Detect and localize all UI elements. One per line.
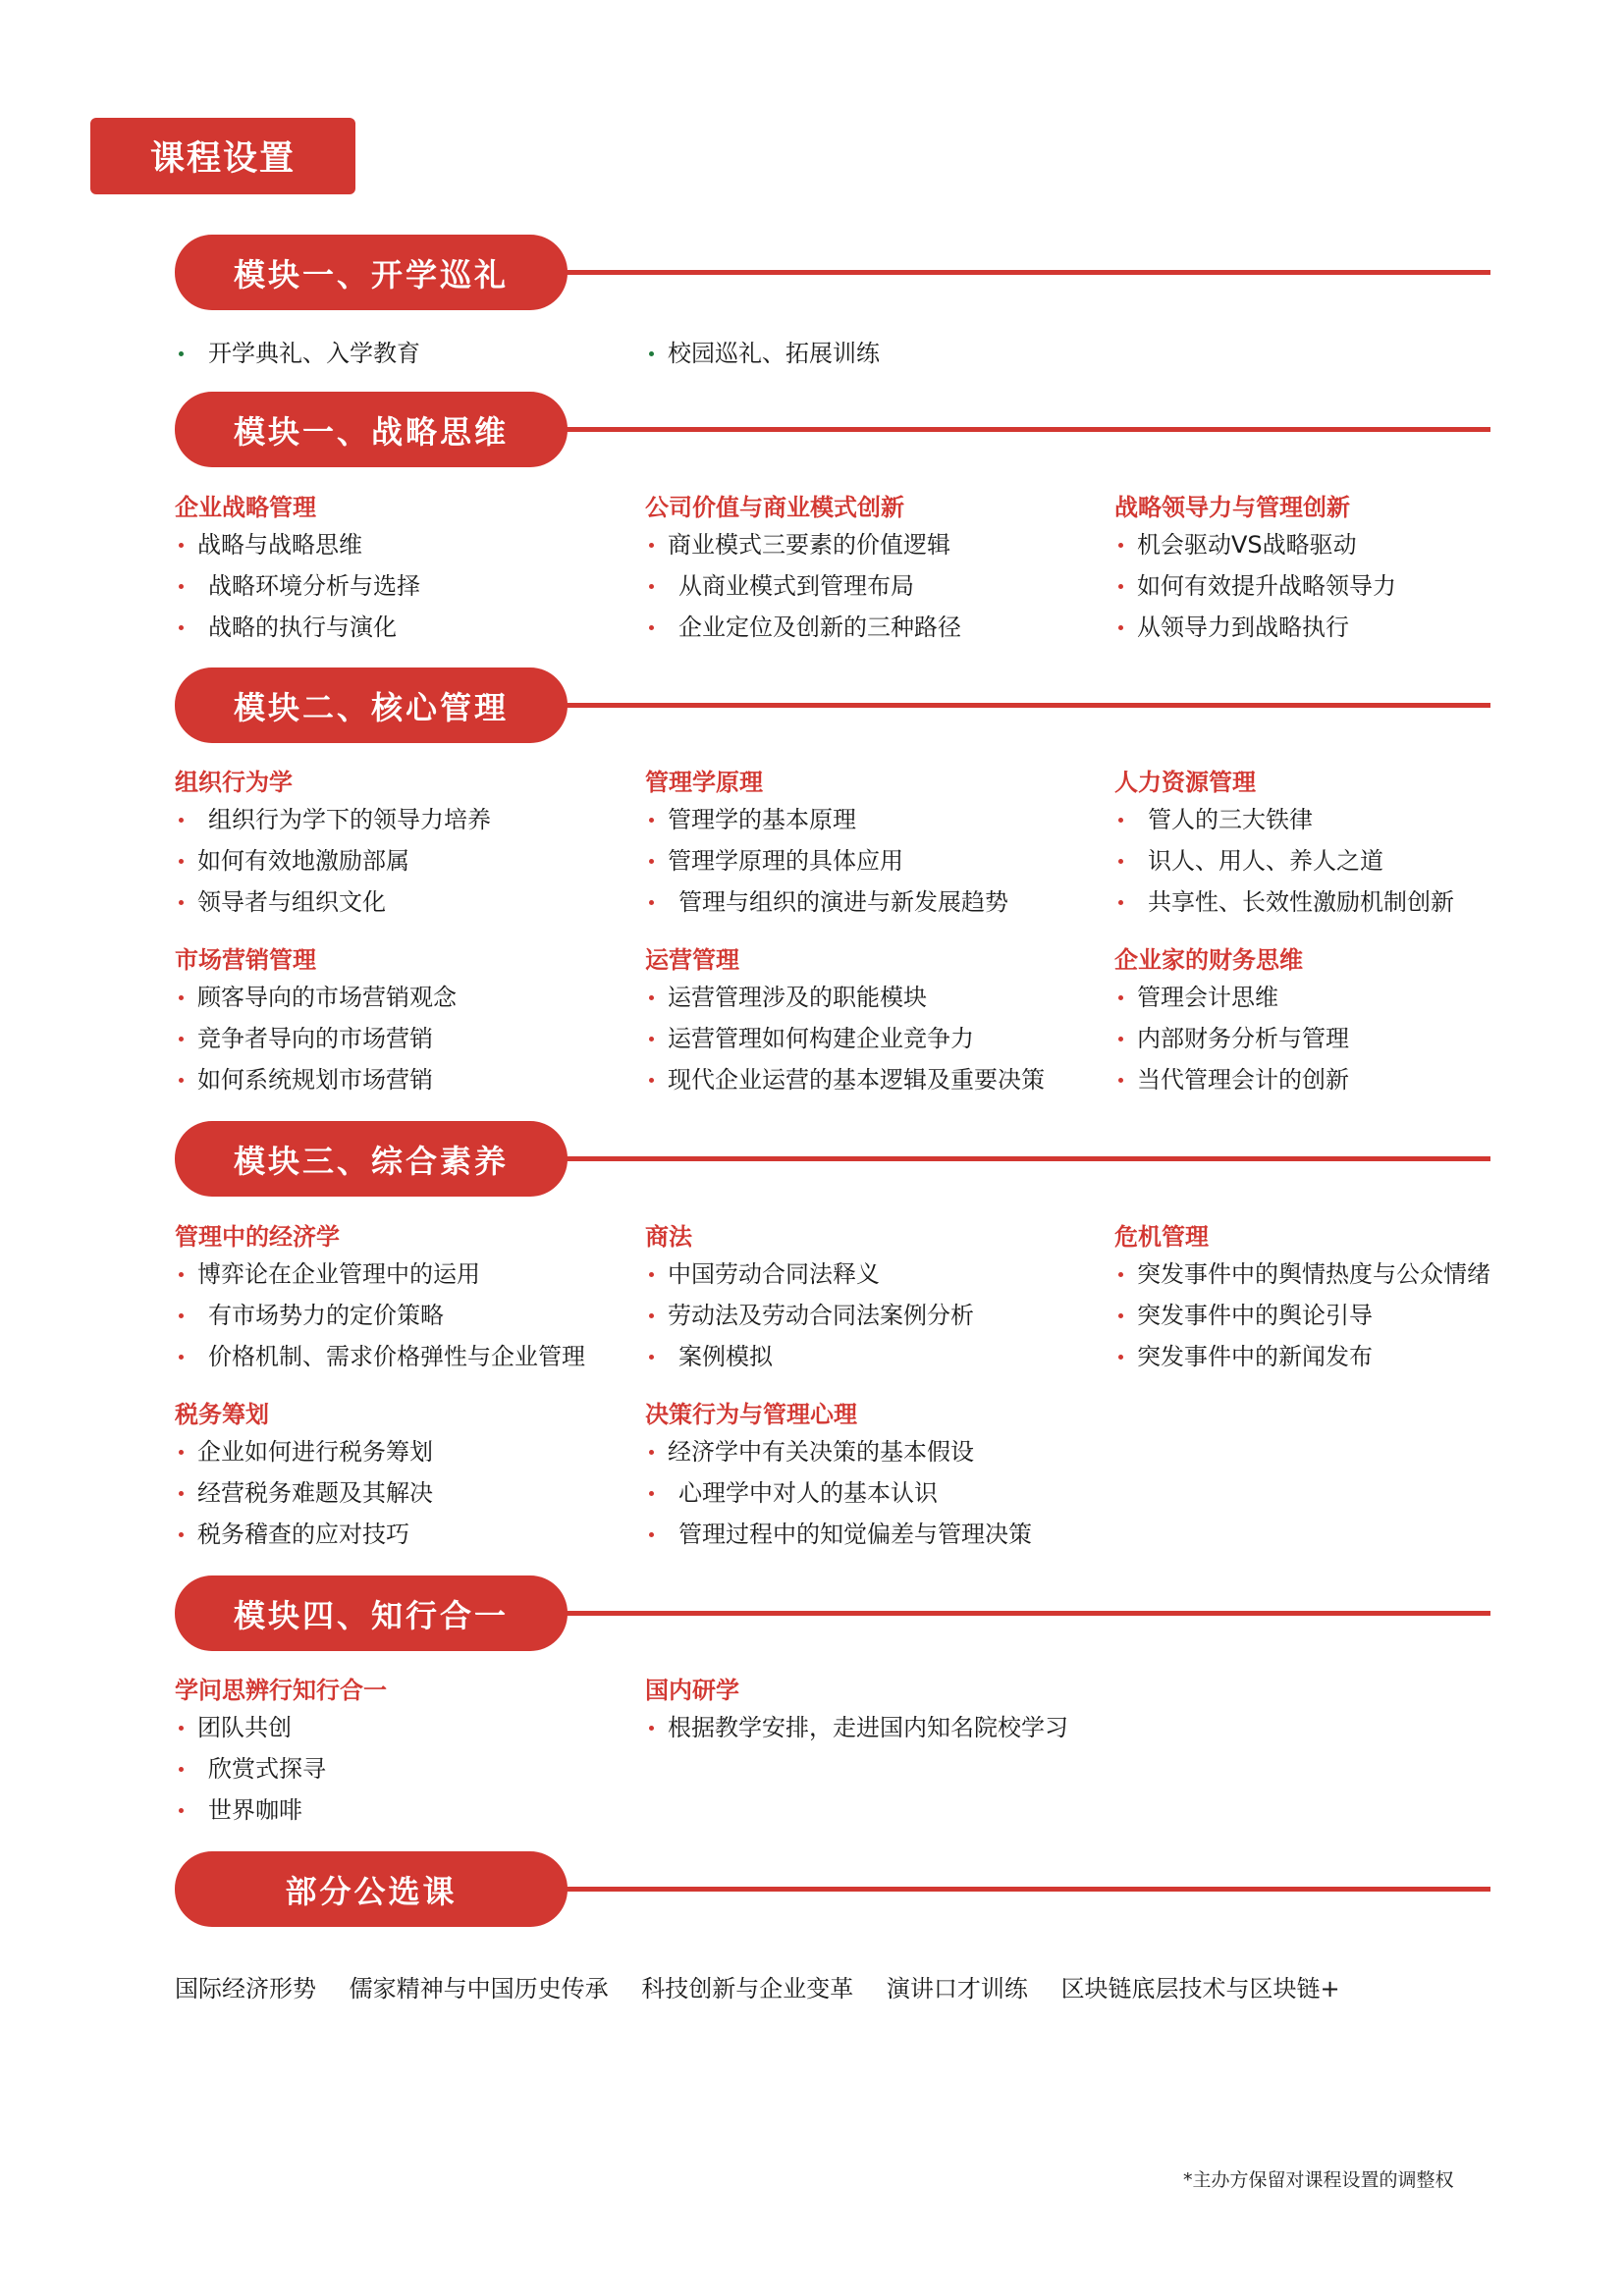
list-item: 现代企业运营的基本逻辑及重要决策 bbox=[645, 1059, 1045, 1100]
group-heading: 企业战略管理 bbox=[175, 491, 420, 524]
list-item: 管理学原理的具体应用 bbox=[645, 840, 1008, 881]
list-item: 战略与战略思维 bbox=[175, 524, 420, 565]
bullet-icon bbox=[649, 584, 654, 589]
module-pill: 模块三、综合素养 bbox=[175, 1121, 568, 1197]
bullet-icon bbox=[179, 543, 184, 548]
course-group: 商法 中国劳动合同法释义 劳动法及劳动合同法案例分析 案例模拟 bbox=[645, 1220, 974, 1377]
module-pill: 模块一、战略思维 bbox=[175, 392, 568, 467]
bullet-icon bbox=[1118, 625, 1123, 630]
footnote: *主办方保留对课程设置的调整权 bbox=[1183, 2167, 1454, 2193]
course-group: 企业战略管理 战略与战略思维 战略环境分析与选择 战略的执行与演化 bbox=[175, 491, 420, 648]
list-item: 如何有效地激励部属 bbox=[175, 840, 491, 881]
list-item: 劳动法及劳动合同法案例分析 bbox=[645, 1295, 974, 1336]
bullet-icon bbox=[179, 1078, 184, 1083]
course-group: 企业家的财务思维 管理会计思维 内部财务分析与管理 当代管理会计的创新 bbox=[1114, 943, 1349, 1100]
elective-item: 儒家精神与中国历史传承 bbox=[350, 1975, 609, 2002]
course-group: 运营管理 运营管理涉及的职能模块 运营管理如何构建企业竞争力 现代企业运营的基本… bbox=[645, 943, 1045, 1100]
bullet-icon bbox=[649, 900, 654, 905]
list-item: 企业定位及创新的三种路径 bbox=[645, 607, 961, 648]
bullet-icon bbox=[179, 1532, 184, 1537]
bullet-icon bbox=[1118, 900, 1123, 905]
list-item: 战略环境分析与选择 bbox=[175, 565, 420, 607]
course-group: 管理中的经济学 博弈论在企业管理中的运用 有市场势力的定价策略 价格机制、需求价… bbox=[175, 1220, 585, 1377]
list-item: 管人的三大铁律 bbox=[1114, 799, 1454, 840]
bullet-icon bbox=[179, 995, 184, 1000]
course-group: 决策行为与管理心理 经济学中有关决策的基本假设 心理学中对人的基本认识 管理过程… bbox=[645, 1398, 1032, 1555]
module-1-group-1: 开学典礼、入学教育 bbox=[175, 333, 420, 374]
list-item: 运营管理如何构建企业竞争力 bbox=[645, 1018, 1045, 1059]
list-item: 管理会计思维 bbox=[1114, 977, 1349, 1018]
list-item: 管理与组织的演进与新发展趋势 bbox=[645, 881, 1008, 923]
bullet-icon bbox=[649, 625, 654, 630]
bullet-icon bbox=[649, 1313, 654, 1318]
bullet-icon bbox=[179, 625, 184, 630]
bullet-icon bbox=[649, 1491, 654, 1496]
elective-item: 科技创新与企业变革 bbox=[641, 1975, 853, 2002]
module-pill: 模块四、知行合一 bbox=[175, 1575, 568, 1651]
bullet-icon bbox=[179, 818, 184, 823]
module-strategy-header: 模块一、战略思维 bbox=[0, 392, 1624, 467]
divider-line bbox=[560, 1611, 1490, 1616]
list-item: 根据教学安排，走进国内知名院校学习 bbox=[645, 1707, 1068, 1748]
bullet-icon bbox=[649, 543, 654, 548]
group-heading: 学问思辨行知行合一 bbox=[175, 1674, 387, 1707]
divider-line bbox=[560, 703, 1490, 708]
course-group: 人力资源管理 管人的三大铁律 识人、用人、养人之道 共享性、长效性激励机制创新 bbox=[1114, 766, 1454, 923]
list-item: 机会驱动VS战略驱动 bbox=[1114, 524, 1396, 565]
group-heading: 战略领导力与管理创新 bbox=[1114, 491, 1396, 524]
bullet-icon bbox=[649, 818, 654, 823]
list-item: 税务稽查的应对技巧 bbox=[175, 1514, 433, 1555]
list-item: 案例模拟 bbox=[645, 1336, 974, 1377]
module-2-header: 模块二、核心管理 bbox=[0, 667, 1624, 743]
course-group: 学问思辨行知行合一 团队共创 欣赏式探寻 世界咖啡 bbox=[175, 1674, 387, 1831]
bullet-icon bbox=[179, 1037, 184, 1041]
divider-line bbox=[560, 1887, 1490, 1892]
list-item: 中国劳动合同法释义 bbox=[645, 1254, 974, 1295]
bullet-icon bbox=[1118, 818, 1123, 823]
bullet-icon bbox=[649, 351, 654, 356]
list-item: 有市场势力的定价策略 bbox=[175, 1295, 585, 1336]
list-item: 如何有效提升战略领导力 bbox=[1114, 565, 1396, 607]
group-heading: 公司价值与商业模式创新 bbox=[645, 491, 961, 524]
list-item: 识人、用人、养人之道 bbox=[1114, 840, 1454, 881]
group-heading: 市场营销管理 bbox=[175, 943, 457, 977]
group-heading: 商法 bbox=[645, 1220, 974, 1254]
list-item: 管理过程中的知觉偏差与管理决策 bbox=[645, 1514, 1032, 1555]
group-heading: 管理中的经济学 bbox=[175, 1220, 585, 1254]
course-group: 组织行为学 组织行为学下的领导力培养 如何有效地激励部属 领导者与组织文化 bbox=[175, 766, 491, 923]
list-item: 运营管理涉及的职能模块 bbox=[645, 977, 1045, 1018]
list-item: 如何系统规划市场营销 bbox=[175, 1059, 457, 1100]
module-1-group-2: 校园巡礼、拓展训练 bbox=[645, 333, 880, 374]
list-item: 领导者与组织文化 bbox=[175, 881, 491, 923]
course-group: 管理学原理 管理学的基本原理 管理学原理的具体应用 管理与组织的演进与新发展趋势 bbox=[645, 766, 1008, 923]
bullet-icon bbox=[1118, 543, 1123, 548]
list-item: 从商业模式到管理布局 bbox=[645, 565, 961, 607]
list-item: 从领导力到战略执行 bbox=[1114, 607, 1396, 648]
group-heading: 决策行为与管理心理 bbox=[645, 1398, 1032, 1431]
list-item: 竞争者导向的市场营销 bbox=[175, 1018, 457, 1059]
course-group: 公司价值与商业模式创新 商业模式三要素的价值逻辑 从商业模式到管理布局 企业定位… bbox=[645, 491, 961, 648]
list-item: 博弈论在企业管理中的运用 bbox=[175, 1254, 585, 1295]
bullet-icon bbox=[179, 1726, 184, 1731]
course-group: 税务筹划 企业如何进行税务筹划 经营税务难题及其解决 税务稽查的应对技巧 bbox=[175, 1398, 433, 1555]
course-group: 市场营销管理 顾客导向的市场营销观念 竞争者导向的市场营销 如何系统规划市场营销 bbox=[175, 943, 457, 1100]
list-item: 内部财务分析与管理 bbox=[1114, 1018, 1349, 1059]
list-item: 突发事件中的舆情热度与公众情绪 bbox=[1114, 1254, 1490, 1295]
elective-item: 区块链底层技术与区块链+ bbox=[1061, 1975, 1340, 2002]
list-item: 欣赏式探寻 bbox=[175, 1748, 387, 1789]
group-heading: 管理学原理 bbox=[645, 766, 1008, 799]
divider-line bbox=[560, 427, 1490, 432]
list-item: 顾客导向的市场营销观念 bbox=[175, 977, 457, 1018]
bullet-icon bbox=[179, 1450, 184, 1455]
divider-line bbox=[560, 1156, 1490, 1161]
list-item: 商业模式三要素的价值逻辑 bbox=[645, 524, 961, 565]
bullet-icon bbox=[179, 584, 184, 589]
bullet-icon bbox=[179, 859, 184, 864]
bullet-icon bbox=[179, 351, 184, 356]
bullet-icon bbox=[1118, 584, 1123, 589]
list-item: 当代管理会计的创新 bbox=[1114, 1059, 1349, 1100]
bullet-icon bbox=[179, 1272, 184, 1277]
list-item: 价格机制、需求价格弹性与企业管理 bbox=[175, 1336, 585, 1377]
module-pill: 模块一、开学巡礼 bbox=[175, 235, 568, 310]
list-item: 突发事件中的新闻发布 bbox=[1114, 1336, 1490, 1377]
list-item: 开学典礼、入学教育 bbox=[175, 333, 420, 374]
bullet-icon bbox=[179, 1808, 184, 1813]
bullet-icon bbox=[1118, 1355, 1123, 1360]
group-heading: 税务筹划 bbox=[175, 1398, 433, 1431]
bullet-icon bbox=[179, 1313, 184, 1318]
list-item: 战略的执行与演化 bbox=[175, 607, 420, 648]
group-heading: 人力资源管理 bbox=[1114, 766, 1454, 799]
course-group: 危机管理 突发事件中的舆情热度与公众情绪 突发事件中的舆论引导 突发事件中的新闻… bbox=[1114, 1220, 1490, 1377]
group-heading: 运营管理 bbox=[645, 943, 1045, 977]
group-heading: 组织行为学 bbox=[175, 766, 491, 799]
list-item: 企业如何进行税务筹划 bbox=[175, 1431, 433, 1472]
bullet-icon bbox=[1118, 995, 1123, 1000]
bullet-icon bbox=[179, 1491, 184, 1496]
bullet-icon bbox=[179, 900, 184, 905]
bullet-icon bbox=[1118, 1272, 1123, 1277]
module-pill: 模块二、核心管理 bbox=[175, 667, 568, 743]
course-group: 国内研学 根据教学安排，走进国内知名院校学习 bbox=[645, 1674, 1068, 1748]
bullet-icon bbox=[179, 1355, 184, 1360]
electives-header: 部分公选课 bbox=[0, 1851, 1624, 1927]
list-item: 世界咖啡 bbox=[175, 1789, 387, 1831]
course-group: 战略领导力与管理创新 机会驱动VS战略驱动 如何有效提升战略领导力 从领导力到战… bbox=[1114, 491, 1396, 648]
bullet-icon bbox=[179, 1767, 184, 1772]
elective-item: 国际经济形势 bbox=[175, 1975, 316, 2002]
list-item: 管理学的基本原理 bbox=[645, 799, 1008, 840]
group-heading: 危机管理 bbox=[1114, 1220, 1490, 1254]
bullet-icon bbox=[649, 1450, 654, 1455]
list-item: 组织行为学下的领导力培养 bbox=[175, 799, 491, 840]
bullet-icon bbox=[649, 1532, 654, 1537]
divider-line bbox=[560, 270, 1490, 275]
list-item: 心理学中对人的基本认识 bbox=[645, 1472, 1032, 1514]
group-heading: 国内研学 bbox=[645, 1674, 1068, 1707]
page-title: 课程设置 bbox=[90, 118, 355, 194]
bullet-icon bbox=[1118, 859, 1123, 864]
list-item: 校园巡礼、拓展训练 bbox=[645, 333, 880, 374]
bullet-icon bbox=[649, 1037, 654, 1041]
bullet-icon bbox=[1118, 1037, 1123, 1041]
bullet-icon bbox=[649, 1355, 654, 1360]
bullet-icon bbox=[649, 859, 654, 864]
bullet-icon bbox=[649, 1272, 654, 1277]
bullet-icon bbox=[649, 995, 654, 1000]
module-4-header: 模块四、知行合一 bbox=[0, 1575, 1624, 1651]
bullet-icon bbox=[1118, 1313, 1123, 1318]
bullet-icon bbox=[649, 1726, 654, 1731]
electives-list: 国际经济形势 儒家精神与中国历史传承 科技创新与企业变革 演讲口才训练 区块链底… bbox=[175, 1971, 1366, 2006]
list-item: 团队共创 bbox=[175, 1707, 387, 1748]
group-heading: 企业家的财务思维 bbox=[1114, 943, 1349, 977]
module-pill: 部分公选课 bbox=[175, 1851, 568, 1927]
list-item: 共享性、长效性激励机制创新 bbox=[1114, 881, 1454, 923]
module-1-header: 模块一、开学巡礼 bbox=[0, 235, 1624, 310]
bullet-icon bbox=[649, 1078, 654, 1083]
list-item: 突发事件中的舆论引导 bbox=[1114, 1295, 1490, 1336]
list-item: 经济学中有关决策的基本假设 bbox=[645, 1431, 1032, 1472]
bullet-icon bbox=[1118, 1078, 1123, 1083]
module-3-header: 模块三、综合素养 bbox=[0, 1121, 1624, 1197]
elective-item: 演讲口才训练 bbox=[887, 1975, 1028, 2002]
list-item: 经营税务难题及其解决 bbox=[175, 1472, 433, 1514]
